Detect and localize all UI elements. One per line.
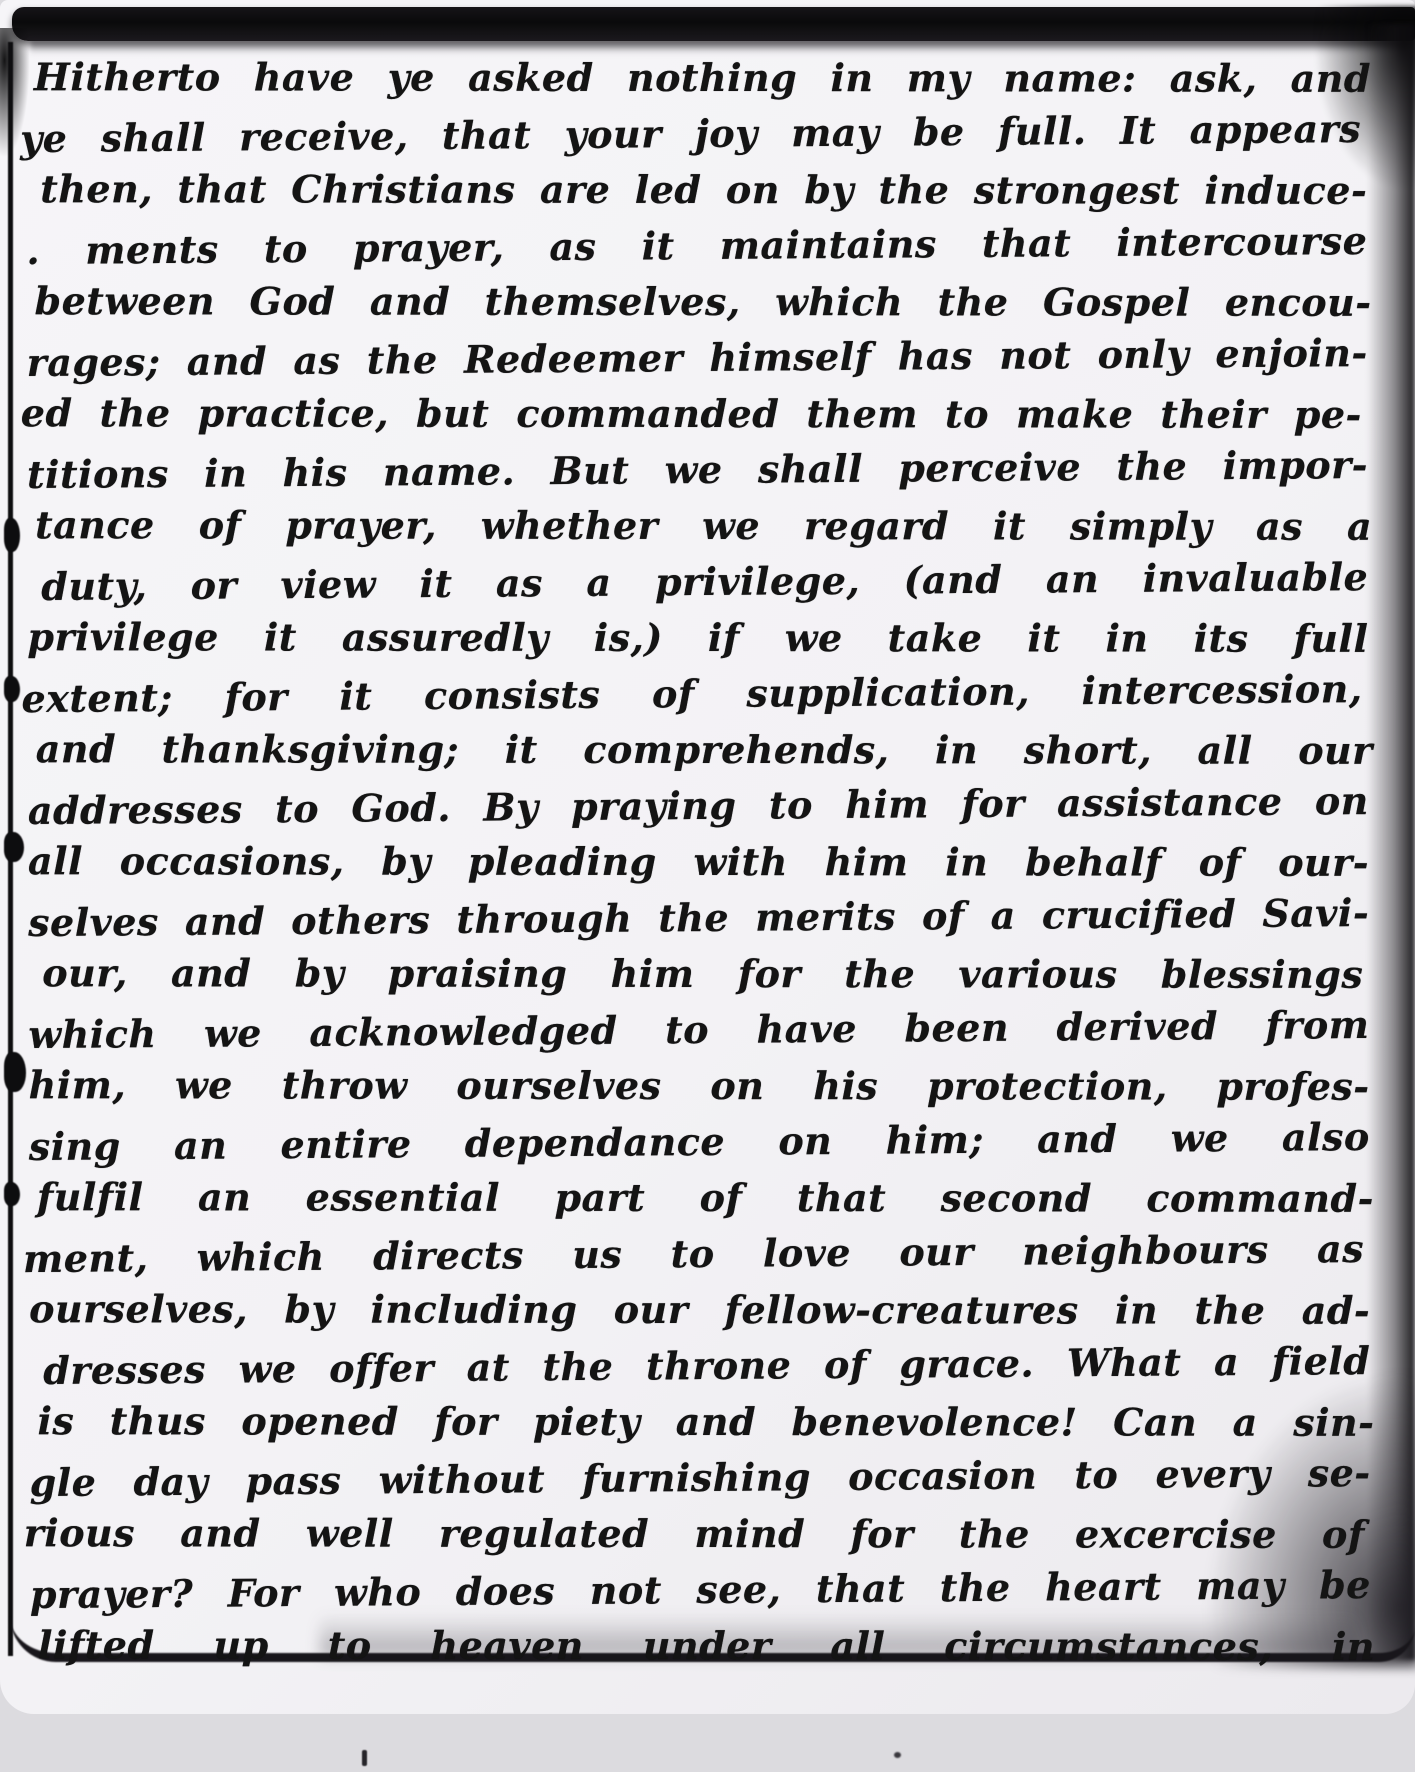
manuscript-line: fulfil an essential part of that second … (37, 1169, 1374, 1227)
manuscript-line: then, that Christians are led on by the … (40, 161, 1367, 219)
scanned-manuscript-photo: Hitherto have ye asked nothing in my nam… (0, 0, 1415, 1772)
manuscript-line: is thus opened for piety and benevolence… (37, 1393, 1374, 1451)
manuscript-line: Hitherto have ye asked nothing in my nam… (34, 49, 1371, 107)
handwritten-text-block: Hitherto have ye asked nothing in my nam… (0, 48, 1415, 1676)
page-top-edge (12, 7, 1415, 41)
manuscript-line: prayer? For who does not see, that the h… (30, 1557, 1371, 1623)
stray-ink-mark (362, 1750, 367, 1766)
manuscript-line: extent; for it consists of supplication,… (21, 661, 1362, 727)
manuscript-line: privilege it assuredly is,) if we take i… (27, 609, 1368, 667)
manuscript-line: dresses we offer at the throne of grace.… (43, 1333, 1370, 1399)
manuscript-line: lifted up to heaven under all circumstan… (38, 1617, 1375, 1675)
manuscript-line: addresses to God. By praying to him for … (28, 773, 1369, 839)
manuscript-line: ye shall receive, that your joy may be f… (20, 101, 1361, 167)
manuscript-line: . ments to prayer, as it maintains that … (26, 213, 1367, 279)
manuscript-line: which we acknowledged to have been deriv… (28, 997, 1369, 1063)
manuscript-line: gle day pass without furnishing occasion… (29, 1445, 1370, 1511)
stray-ink-dot (894, 1752, 901, 1758)
manuscript-line: our, and by praising him for the various… (42, 945, 1363, 1003)
manuscript-line: selves and others through the merits of … (28, 885, 1369, 951)
manuscript-line: ed the practice, but commanded them to m… (21, 385, 1362, 443)
manuscript-line: ourselves, by including our fellow-creat… (29, 1281, 1370, 1339)
manuscript-line: titions in his name. But we shall percei… (27, 437, 1368, 503)
manuscript-line: tance of prayer, whether we regard it si… (35, 497, 1372, 555)
manuscript-line: him, we throw ourselves on his protectio… (29, 1057, 1370, 1115)
manuscript-line: sing an entire dependance on him; and we… (29, 1109, 1370, 1175)
manuscript-line: ment, which directs us to love our neigh… (23, 1221, 1364, 1287)
manuscript-line: and thanksgiving; it comprehends, in sho… (36, 721, 1373, 779)
manuscript-page: Hitherto have ye asked nothing in my nam… (0, 0, 1415, 1714)
manuscript-line: between God and themselves, which the Go… (35, 273, 1372, 331)
manuscript-line: all occasions, by pleading with him in b… (28, 833, 1369, 891)
manuscript-line: rious and well regulated mind for the ex… (24, 1505, 1365, 1563)
manuscript-line: duty, or view it as a privilege, (and an… (41, 549, 1368, 615)
manuscript-line: rages; and as the Redeemer himself has n… (26, 325, 1367, 391)
